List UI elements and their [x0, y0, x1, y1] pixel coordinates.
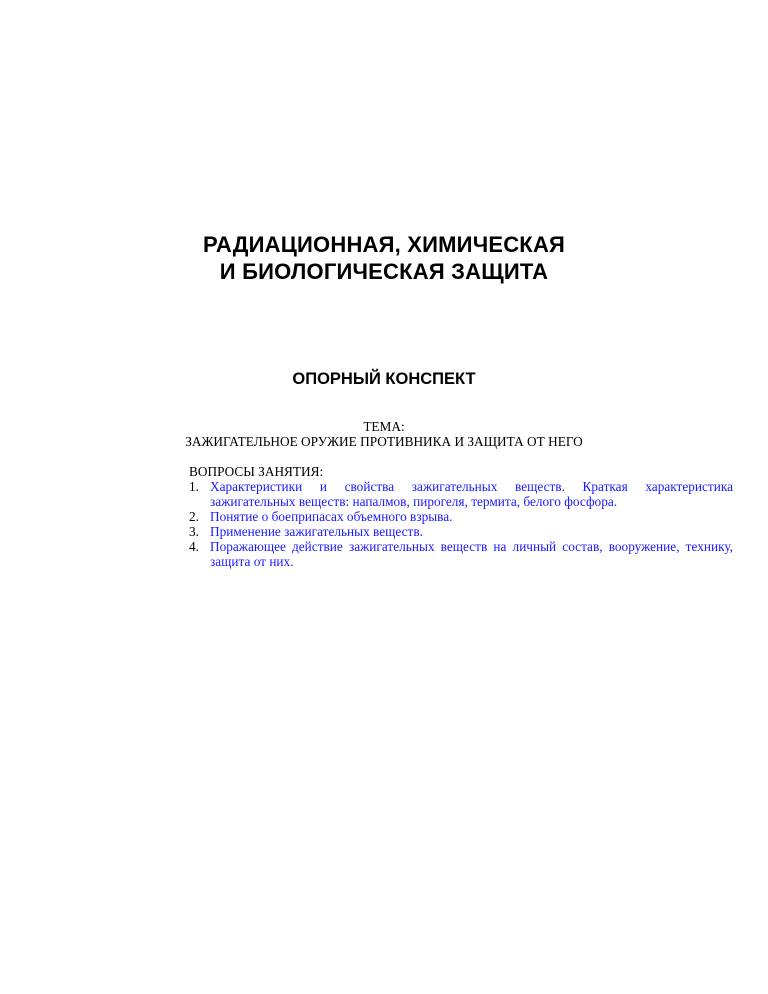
question-number: 4.: [189, 539, 199, 554]
question-item: 3. Применение зажигательных веществ.: [189, 524, 733, 539]
document-title-line-1: РАДИАЦИОННАЯ, ХИМИЧЕСКАЯ: [0, 231, 768, 258]
question-number: 3.: [189, 524, 199, 539]
theme-text: ЗАЖИГАТЕЛЬНОЕ ОРУЖИЕ ПРОТИВНИКА И ЗАЩИТА…: [0, 434, 768, 449]
question-number: 1.: [189, 479, 199, 494]
question-item: 1. Характеристики и свойства зажигательн…: [189, 479, 733, 509]
document-subtitle: ОПОРНЫЙ КОНСПЕКТ: [0, 369, 768, 389]
question-item: 2. Понятие о боеприпасах объемного взрыв…: [189, 509, 733, 524]
theme-label: ТЕМА:: [0, 419, 768, 434]
question-link[interactable]: Применение зажигательных веществ.: [210, 524, 733, 539]
document-title: РАДИАЦИОННАЯ, ХИМИЧЕСКАЯ И БИОЛОГИЧЕСКАЯ…: [0, 231, 768, 285]
question-link[interactable]: Поражающее действие зажигательных вещест…: [210, 539, 733, 569]
questions-list: 1. Характеристики и свойства зажигательн…: [189, 479, 733, 569]
document-title-line-2: И БИОЛОГИЧЕСКАЯ ЗАЩИТА: [0, 258, 768, 285]
questions-heading: ВОПРОСЫ ЗАНЯТИЯ:: [189, 464, 733, 479]
question-number: 2.: [189, 509, 199, 524]
question-link[interactable]: Понятие о боеприпасах объемного взрыва.: [210, 509, 733, 524]
lesson-questions: ВОПРОСЫ ЗАНЯТИЯ: 1. Характеристики и сво…: [189, 464, 733, 569]
question-item: 4. Поражающее действие зажигательных вещ…: [189, 539, 733, 569]
question-link[interactable]: Характеристики и свойства зажигательных …: [210, 479, 733, 509]
